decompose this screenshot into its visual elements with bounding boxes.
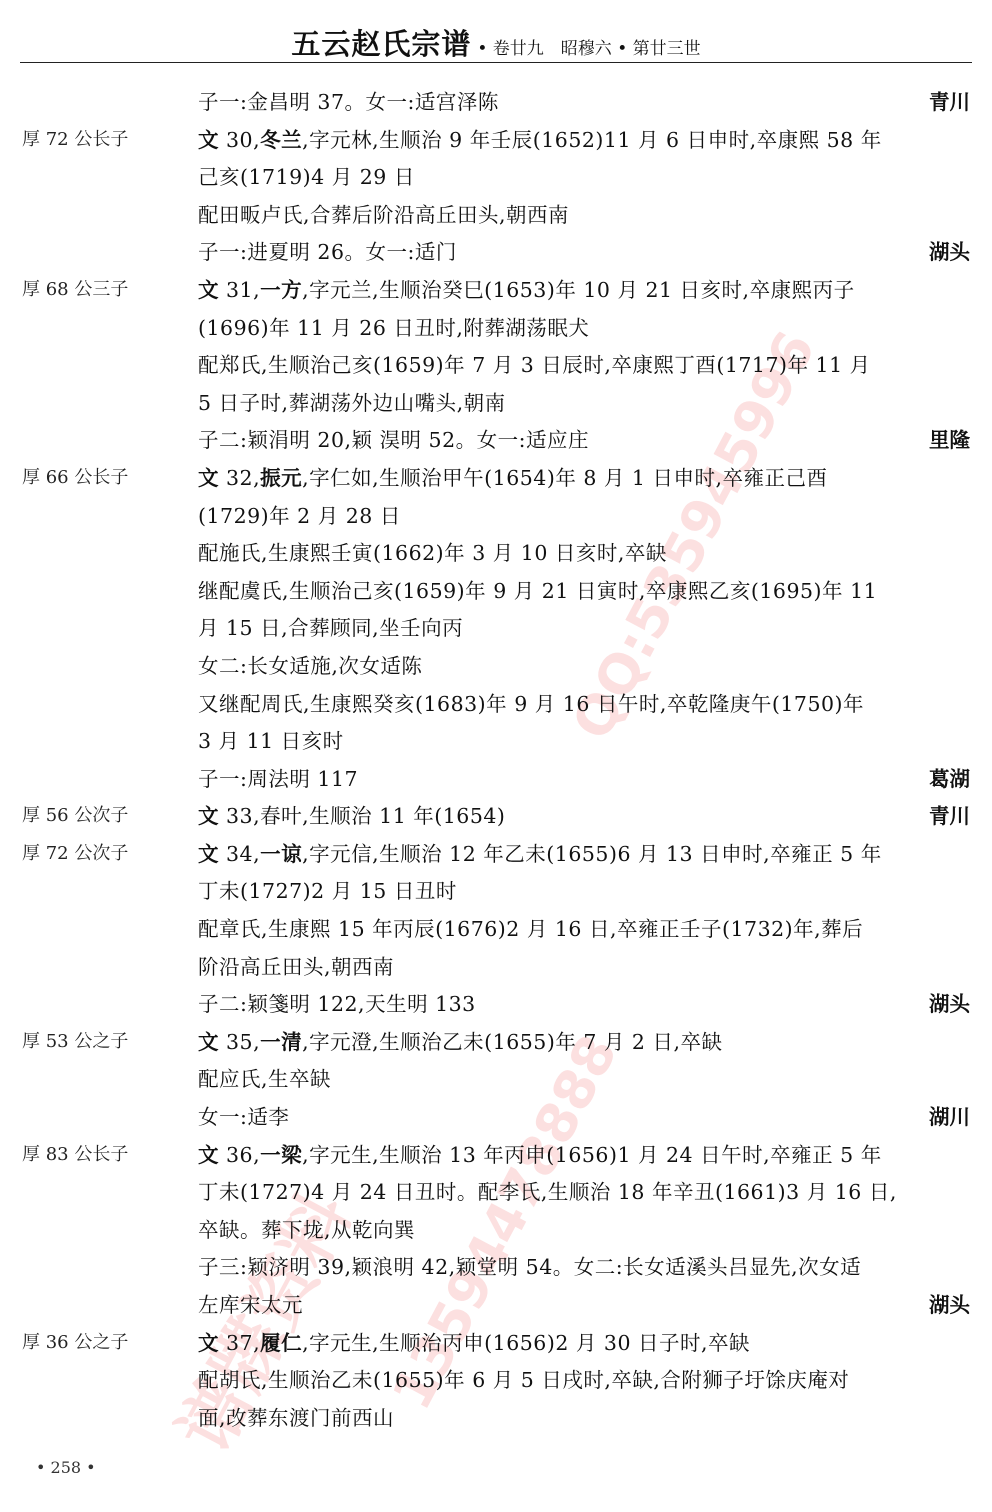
entry-number: 33, bbox=[219, 804, 260, 828]
residence-place: 湖头 bbox=[929, 236, 970, 268]
entry-line: 丁未(1727)2 月 15 日丑时 bbox=[0, 875, 992, 913]
lineage-label: 厚 72 公次子 bbox=[22, 838, 128, 870]
residence-place: 湖头 bbox=[929, 1289, 970, 1321]
entry-line: 女一:适李湖川 bbox=[0, 1101, 992, 1139]
entry-line: 配应氏,生卒缺 bbox=[0, 1063, 992, 1101]
lineage-label: 厚 56 公次子 bbox=[22, 800, 128, 832]
entry-text: 文 32,振元,字仁如,生顺治甲午(1654)年 8 月 1 日申时,卒雍正己酉 bbox=[198, 462, 828, 494]
header-divider bbox=[20, 62, 972, 63]
entry-number: 32, bbox=[219, 466, 260, 490]
entry-text: 文 36,一梁,字元生,生顺治 13 年丙申(1656)1 月 24 日午时,卒… bbox=[198, 1139, 882, 1171]
entry-detail: 左库宋太元 bbox=[198, 1293, 303, 1317]
entry-detail: (1696)年 11 月 26 日丑时,附葬湖荡眠犬 bbox=[198, 316, 589, 340]
entry-detail: 配施氏,生康熙壬寅(1662)年 3 月 10 日亥时,卒缺 bbox=[198, 541, 667, 565]
entry-text: 3 月 11 日亥时 bbox=[198, 725, 344, 757]
residence-place: 青川 bbox=[929, 86, 970, 118]
entry-line: 厚 68 公三子文 31,一方,字元兰,生顺治癸巳(1653)年 10 月 21… bbox=[0, 274, 992, 312]
entry-line: 子一:金昌明 37。女一:适宫泽陈青川 bbox=[0, 86, 992, 124]
entry-detail: 阶沿高丘田头,朝西南 bbox=[198, 955, 394, 979]
entry-text: 文 31,一方,字元兰,生顺治癸巳(1653)年 10 月 21 日亥时,卒康熙… bbox=[198, 274, 855, 306]
residence-place: 湖川 bbox=[929, 1101, 970, 1133]
entry-detail: 子二:颖涓明 20,颖 淏明 52。女一:适应庄 bbox=[198, 428, 589, 452]
person-name: 履仁 bbox=[260, 1331, 302, 1355]
entry-line: 子一:进夏明 26。女一:适门湖头 bbox=[0, 236, 992, 274]
entry-detail: 3 月 11 日亥时 bbox=[198, 729, 344, 753]
entry-text: 子三:颖济明 39,颖浪明 42,颖堂明 54。女二:长女适溪头吕显先,次女适 bbox=[198, 1251, 861, 1283]
entry-detail: 继配虞氏,生顺治己亥(1659)年 9 月 21 日寅时,卒康熙乙亥(1695)… bbox=[198, 579, 877, 603]
entry-detail: 5 日子时,葬湖荡外边山嘴头,朝南 bbox=[198, 391, 506, 415]
entry-text: 阶沿高丘田头,朝西南 bbox=[198, 951, 394, 983]
entry-line: 厚 66 公长子文 32,振元,字仁如,生顺治甲午(1654)年 8 月 1 日… bbox=[0, 462, 992, 500]
entry-detail: 女二:长女适施,次女适陈 bbox=[198, 654, 422, 678]
entry-number: 30, bbox=[219, 128, 260, 152]
entry-detail: ,字元林,生顺治 9 年壬辰(1652)11 月 6 日申时,卒康熙 58 年 bbox=[302, 128, 882, 152]
book-title: 五云赵氏宗谱 bbox=[291, 27, 471, 61]
lineage-label: 厚 66 公长子 bbox=[22, 462, 128, 494]
entry-detail: 丁未(1727)4 月 24 日丑时。配李氏,生顺治 18 年辛丑(1661)3… bbox=[198, 1180, 897, 1204]
entry-detail: (1729)年 2 月 28 日 bbox=[198, 504, 401, 528]
entry-text: 配应氏,生卒缺 bbox=[198, 1063, 331, 1095]
generation-char: 文 bbox=[198, 804, 219, 828]
entry-line: 又继配周氏,生康熙癸亥(1683)年 9 月 16 日午时,卒乾隆庚午(1750… bbox=[0, 688, 992, 726]
entry-detail: 丁未(1727)2 月 15 日丑时 bbox=[198, 879, 457, 903]
residence-place: 葛湖 bbox=[929, 763, 970, 795]
entry-text: 子一:周法明 117 bbox=[198, 763, 358, 795]
entry-line: 左库宋太元湖头 bbox=[0, 1289, 992, 1327]
entry-number: 31, bbox=[219, 278, 260, 302]
entry-text: 文 33,春叶,生顺治 11 年(1654) bbox=[198, 800, 505, 832]
entry-line: 子二:颖涓明 20,颖 淏明 52。女一:适应庄里隆 bbox=[0, 424, 992, 462]
page-header: 五云赵氏宗谱• 卷廿九 昭穆六 • 第廿三世 bbox=[0, 22, 992, 63]
entry-line: 厚 53 公之子文 35,一清,字元澄,生顺治乙未(1655)年 7 月 2 日… bbox=[0, 1026, 992, 1064]
entry-text: 文 37,履仁,字元生,生顺治丙申(1656)2 月 30 日子时,卒缺 bbox=[198, 1327, 750, 1359]
entry-text: 卒缺。葬下垅,从乾向巽 bbox=[198, 1214, 415, 1246]
section-subtitle: • 卷廿九 昭穆六 • 第廿三世 bbox=[477, 39, 700, 59]
person-name: 一方 bbox=[260, 278, 302, 302]
generation-char: 文 bbox=[198, 1331, 219, 1355]
entry-line: 配章氏,生康熙 15 年丙辰(1676)2 月 16 日,卒雍正壬子(1732)… bbox=[0, 913, 992, 951]
entry-detail: 配章氏,生康熙 15 年丙辰(1676)2 月 16 日,卒雍正壬子(1732)… bbox=[198, 917, 863, 941]
entry-text: 文 34,一谅,字元信,生顺治 12 年乙未(1655)6 月 13 日申时,卒… bbox=[198, 838, 882, 870]
entry-detail: 又继配周氏,生康熙癸亥(1683)年 9 月 16 日午时,卒乾隆庚午(1750… bbox=[198, 692, 864, 716]
entry-line: (1696)年 11 月 26 日丑时,附葬湖荡眠犬 bbox=[0, 312, 992, 350]
entry-text: (1696)年 11 月 26 日丑时,附葬湖荡眠犬 bbox=[198, 312, 589, 344]
entry-text: 子二:颖箋明 122,天生明 133 bbox=[198, 988, 476, 1020]
entry-detail: ,字元澄,生顺治乙未(1655)年 7 月 2 日,卒缺 bbox=[302, 1030, 722, 1054]
entry-detail: ,字仁如,生顺治甲午(1654)年 8 月 1 日申时,卒雍正己酉 bbox=[302, 466, 827, 490]
entry-detail: 子二:颖箋明 122,天生明 133 bbox=[198, 992, 476, 1016]
lineage-label: 厚 83 公长子 bbox=[22, 1139, 128, 1171]
entry-text: 继配虞氏,生顺治己亥(1659)年 9 月 21 日寅时,卒康熙乙亥(1695)… bbox=[198, 575, 877, 607]
entry-number: 36, bbox=[219, 1143, 260, 1167]
entry-detail: 女一:适李 bbox=[198, 1105, 289, 1129]
residence-place: 里隆 bbox=[929, 424, 970, 456]
entry-text: 配施氏,生康熙壬寅(1662)年 3 月 10 日亥时,卒缺 bbox=[198, 537, 667, 569]
entry-detail: 配胡氏,生顺治乙未(1655)年 6 月 5 日戌时,卒缺,合附狮子圩馀庆庵对 bbox=[198, 1368, 849, 1392]
entry-text: 面,改葬东渡门前西山 bbox=[198, 1402, 394, 1434]
entry-line: 卒缺。葬下垅,从乾向巽 bbox=[0, 1214, 992, 1252]
entry-line: 子三:颖济明 39,颖浪明 42,颖堂明 54。女二:长女适溪头吕显先,次女适 bbox=[0, 1251, 992, 1289]
genealogy-content: 子一:金昌明 37。女一:适宫泽陈青川厚 72 公长子文 30,冬兰,字元林,生… bbox=[0, 86, 992, 1439]
entry-line: 厚 83 公长子文 36,一梁,字元生,生顺治 13 年丙申(1656)1 月 … bbox=[0, 1139, 992, 1177]
entry-detail: 配应氏,生卒缺 bbox=[198, 1067, 331, 1091]
entry-line: 阶沿高丘田头,朝西南 bbox=[0, 951, 992, 989]
page-number: • 258 • bbox=[36, 1458, 96, 1477]
entry-text: 丁未(1727)2 月 15 日丑时 bbox=[198, 875, 457, 907]
residence-place: 青川 bbox=[929, 800, 970, 832]
entry-detail: 子一:周法明 117 bbox=[198, 767, 358, 791]
entry-line: (1729)年 2 月 28 日 bbox=[0, 500, 992, 538]
entry-text: 子一:金昌明 37。女一:适宫泽陈 bbox=[198, 86, 499, 118]
entry-line: 5 日子时,葬湖荡外边山嘴头,朝南 bbox=[0, 387, 992, 425]
entry-detail: 己亥(1719)4 月 29 日 bbox=[198, 165, 415, 189]
entry-detail: 面,改葬东渡门前西山 bbox=[198, 1406, 394, 1430]
person-name: 一谅 bbox=[260, 842, 302, 866]
entry-text: 己亥(1719)4 月 29 日 bbox=[198, 161, 415, 193]
entry-line: 继配虞氏,生顺治己亥(1659)年 9 月 21 日寅时,卒康熙乙亥(1695)… bbox=[0, 575, 992, 613]
entry-line: 子一:周法明 117葛湖 bbox=[0, 763, 992, 801]
entry-text: 配郑氏,生顺治己亥(1659)年 7 月 3 日辰时,卒康熙丁酉(1717)年 … bbox=[198, 349, 871, 381]
entry-line: 配胡氏,生顺治乙未(1655)年 6 月 5 日戌时,卒缺,合附狮子圩馀庆庵对 bbox=[0, 1364, 992, 1402]
lineage-label: 厚 36 公之子 bbox=[22, 1327, 128, 1359]
person-name: 振元 bbox=[260, 466, 302, 490]
entry-text: 月 15 日,合葬顾同,坐壬向丙 bbox=[198, 612, 463, 644]
entry-text: 子二:颖涓明 20,颖 淏明 52。女一:适应庄 bbox=[198, 424, 589, 456]
lineage-label: 厚 53 公之子 bbox=[22, 1026, 128, 1058]
entry-text: 子一:进夏明 26。女一:适门 bbox=[198, 236, 457, 268]
entry-number: 34, bbox=[219, 842, 260, 866]
entry-line: 面,改葬东渡门前西山 bbox=[0, 1402, 992, 1440]
entry-text: 配胡氏,生顺治乙未(1655)年 6 月 5 日戌时,卒缺,合附狮子圩馀庆庵对 bbox=[198, 1364, 849, 1396]
entry-detail: 配田畈卢氏,合葬后阶沿高丘田头,朝西南 bbox=[198, 203, 569, 227]
entry-text: 5 日子时,葬湖荡外边山嘴头,朝南 bbox=[198, 387, 506, 419]
generation-char: 文 bbox=[198, 1143, 219, 1167]
entry-detail: ,字元生,生顺治丙申(1656)2 月 30 日子时,卒缺 bbox=[302, 1331, 750, 1355]
person-name: 一梁 bbox=[260, 1143, 302, 1167]
person-name: 一清 bbox=[260, 1030, 302, 1054]
lineage-label: 厚 68 公三子 bbox=[22, 274, 128, 306]
entry-line: 丁未(1727)4 月 24 日丑时。配李氏,生顺治 18 年辛丑(1661)3… bbox=[0, 1176, 992, 1214]
entry-line: 配施氏,生康熙壬寅(1662)年 3 月 10 日亥时,卒缺 bbox=[0, 537, 992, 575]
entry-detail: 配郑氏,生顺治己亥(1659)年 7 月 3 日辰时,卒康熙丁酉(1717)年 … bbox=[198, 353, 871, 377]
entry-line: 厚 56 公次子文 33,春叶,生顺治 11 年(1654)青川 bbox=[0, 800, 992, 838]
generation-char: 文 bbox=[198, 1030, 219, 1054]
entry-line: 己亥(1719)4 月 29 日 bbox=[0, 161, 992, 199]
residence-place: 湖头 bbox=[929, 988, 970, 1020]
entry-text: 女一:适李 bbox=[198, 1101, 289, 1133]
entry-detail: 子一:金昌明 37。女一:适宫泽陈 bbox=[198, 90, 499, 114]
entry-detail: 卒缺。葬下垅,从乾向巽 bbox=[198, 1218, 415, 1242]
entry-line: 配田畈卢氏,合葬后阶沿高丘田头,朝西南 bbox=[0, 199, 992, 237]
entry-text: 配田畈卢氏,合葬后阶沿高丘田头,朝西南 bbox=[198, 199, 569, 231]
entry-text: 左库宋太元 bbox=[198, 1289, 303, 1321]
entry-line: 3 月 11 日亥时 bbox=[0, 725, 992, 763]
entry-detail: 月 15 日,合葬顾同,坐壬向丙 bbox=[198, 616, 463, 640]
generation-char: 文 bbox=[198, 278, 219, 302]
entry-detail: ,字元生,生顺治 13 年丙申(1656)1 月 24 日午时,卒雍正 5 年 bbox=[302, 1143, 882, 1167]
generation-char: 文 bbox=[198, 466, 219, 490]
entry-text: 文 30,冬兰,字元林,生顺治 9 年壬辰(1652)11 月 6 日申时,卒康… bbox=[198, 124, 882, 156]
entry-line: 配郑氏,生顺治己亥(1659)年 7 月 3 日辰时,卒康熙丁酉(1717)年 … bbox=[0, 349, 992, 387]
lineage-label: 厚 72 公长子 bbox=[22, 124, 128, 156]
entry-text: 女二:长女适施,次女适陈 bbox=[198, 650, 422, 682]
generation-char: 文 bbox=[198, 128, 219, 152]
entry-line: 子二:颖箋明 122,天生明 133湖头 bbox=[0, 988, 992, 1026]
entry-text: 文 35,一清,字元澄,生顺治乙未(1655)年 7 月 2 日,卒缺 bbox=[198, 1026, 723, 1058]
entry-line: 月 15 日,合葬顾同,坐壬向丙 bbox=[0, 612, 992, 650]
entry-line: 厚 36 公之子文 37,履仁,字元生,生顺治丙申(1656)2 月 30 日子… bbox=[0, 1327, 992, 1365]
entry-text: 又继配周氏,生康熙癸亥(1683)年 9 月 16 日午时,卒乾隆庚午(1750… bbox=[198, 688, 864, 720]
entry-number: 35, bbox=[219, 1030, 260, 1054]
entry-line: 厚 72 公长子文 30,冬兰,字元林,生顺治 9 年壬辰(1652)11 月 … bbox=[0, 124, 992, 162]
entry-number: 37, bbox=[219, 1331, 260, 1355]
person-name: 冬兰 bbox=[260, 128, 302, 152]
entry-line: 厚 72 公次子文 34,一谅,字元信,生顺治 12 年乙未(1655)6 月 … bbox=[0, 838, 992, 876]
entry-detail: ,字元信,生顺治 12 年乙未(1655)6 月 13 日申时,卒雍正 5 年 bbox=[302, 842, 882, 866]
entry-detail: 春叶,生顺治 11 年(1654) bbox=[260, 804, 505, 828]
entry-detail: 子一:进夏明 26。女一:适门 bbox=[198, 240, 457, 264]
entry-line: 女二:长女适施,次女适陈 bbox=[0, 650, 992, 688]
entry-detail: ,字元兰,生顺治癸巳(1653)年 10 月 21 日亥时,卒康熙丙子 bbox=[302, 278, 854, 302]
entry-detail: 子三:颖济明 39,颖浪明 42,颖堂明 54。女二:长女适溪头吕显先,次女适 bbox=[198, 1255, 861, 1279]
entry-text: (1729)年 2 月 28 日 bbox=[198, 500, 401, 532]
generation-char: 文 bbox=[198, 842, 219, 866]
entry-text: 丁未(1727)4 月 24 日丑时。配李氏,生顺治 18 年辛丑(1661)3… bbox=[198, 1176, 897, 1208]
entry-text: 配章氏,生康熙 15 年丙辰(1676)2 月 16 日,卒雍正壬子(1732)… bbox=[198, 913, 863, 945]
